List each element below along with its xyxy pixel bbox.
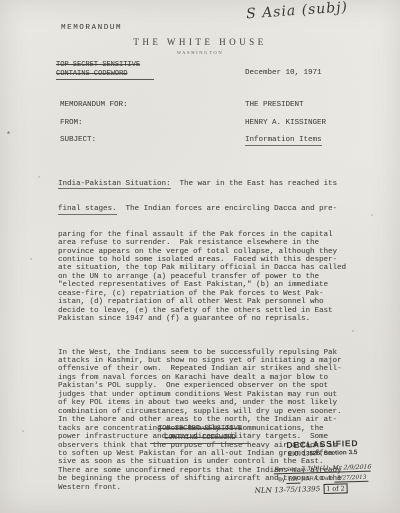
memo-date: December 10, 1971	[245, 69, 322, 77]
scan-speck	[371, 214, 373, 216]
text-line: ings from naval forces on Karachi have d…	[58, 374, 370, 382]
text-line: of key POL items in about two weeks and,…	[58, 399, 370, 407]
scan-speck	[22, 430, 24, 432]
text-line: judges that under optimum conditions Wes…	[58, 391, 370, 399]
stamp-case-number: NLN 13-75/133951 of 2	[251, 482, 397, 496]
letterhead-title: THE WHITE HOUSE	[0, 37, 400, 47]
letterhead-subtitle: WASHINGTON	[0, 50, 400, 55]
field-value: Information Items	[245, 136, 322, 146]
case-number-text: NLN 13-75/13395	[255, 484, 321, 495]
classification-line-1: TOP SECRET SENSITIVE	[56, 61, 140, 70]
stamp-date-value: 3/27/2013	[335, 475, 369, 483]
text-line: Pakistan's POL supply. One experienced o…	[58, 382, 370, 390]
line-rest: The war in the East has reached its	[171, 180, 338, 188]
text-line: In the West, the Indians seem to be succ…	[58, 349, 370, 357]
stamp-handwritten-basis: Per sec. 3.3(b)(1); Mr 2/9/2016	[274, 463, 372, 474]
stamp-page-box: 1 of 2	[323, 483, 348, 494]
scan-speck	[38, 176, 40, 178]
text-line: In the Lahore and other areas to the nor…	[58, 416, 370, 424]
line-rest: The Indian forces are encircling Dacca a…	[117, 205, 338, 213]
classification-line-2: CONTAINS CODEWORD	[158, 434, 242, 443]
text-line: continue to hold some isolated areas. Fa…	[58, 256, 370, 264]
text-line: paring for the final assault if the Pak …	[58, 231, 370, 239]
text-line: Pakistan since 1947 and (f) a guarantee …	[58, 315, 370, 323]
text-line: cease-fire, (c) repatriation of the Pak …	[58, 290, 370, 298]
classification-top: TOP SECRET SENSITIVE CONTAINS CODEWORD	[56, 61, 154, 80]
scan-speck	[352, 330, 354, 332]
stamp-by-label: By	[278, 477, 285, 483]
memo-document-scan: S Asia (subj) MEMORANDUM THE WHITE HOUSE…	[0, 0, 400, 513]
underlined-lead: final stages.	[58, 205, 117, 215]
paragraph-india-pakistan: India-Pakistan Situation: The war in the…	[58, 163, 370, 341]
underlined-lead: India-Pakistan Situation:	[58, 180, 171, 190]
stamp-agency-label: NARA, Date	[302, 476, 334, 483]
text-line: combination of circumstances, supplies w…	[58, 408, 370, 416]
stamp-by-initials: RH	[286, 477, 300, 484]
field-label: FROM:	[60, 119, 83, 127]
field-value: THE PRESIDENT	[245, 101, 304, 109]
declassification-stamp: DECLASSIFIED E.O. 13526, Section 3.5 Per…	[249, 437, 396, 496]
margin-asterisk-mark: *	[6, 131, 11, 140]
paragraph-lines: paring for the final assault if the Pak …	[58, 231, 370, 324]
text-line: India-Pakistan Situation: The war in the…	[58, 180, 370, 188]
text-line: on the UN to arrange (a) peaceful transf…	[58, 273, 370, 281]
classification-line-2: CONTAINS CODEWORD	[56, 70, 140, 79]
text-line: final stages. The Indian forces are enci…	[58, 205, 370, 213]
field-label: SUBJECT:	[60, 136, 96, 144]
text-line: province appears on the verge of total c…	[58, 248, 370, 256]
text-line: area refuse to surrender. Pak resistance…	[58, 239, 370, 247]
text-line: attacks in Kashmir, but show no signs ye…	[58, 357, 370, 365]
text-line: offensive of their own. Repeated Indian …	[58, 365, 370, 373]
text-line: decide to leave, (e) the safety of the o…	[58, 307, 370, 315]
text-line: istan, (d) repatriation of all other Wes…	[58, 298, 370, 306]
text-line: "elected representatives of East Pakista…	[58, 281, 370, 289]
field-label: MEMORANDUM FOR:	[60, 101, 128, 109]
text-line: ate situation, the top Pak military offi…	[58, 264, 370, 272]
scan-speck	[30, 258, 32, 260]
letterhead: THE WHITE HOUSE WASHINGTON	[0, 37, 400, 55]
handwritten-note: S Asia (subj)	[246, 0, 400, 22]
memorandum-label: MEMORANDUM	[61, 24, 122, 32]
field-value: HENRY A. KISSINGER	[245, 119, 326, 127]
classification-line-1: TOP SECRET SENSITIVE	[158, 425, 242, 434]
